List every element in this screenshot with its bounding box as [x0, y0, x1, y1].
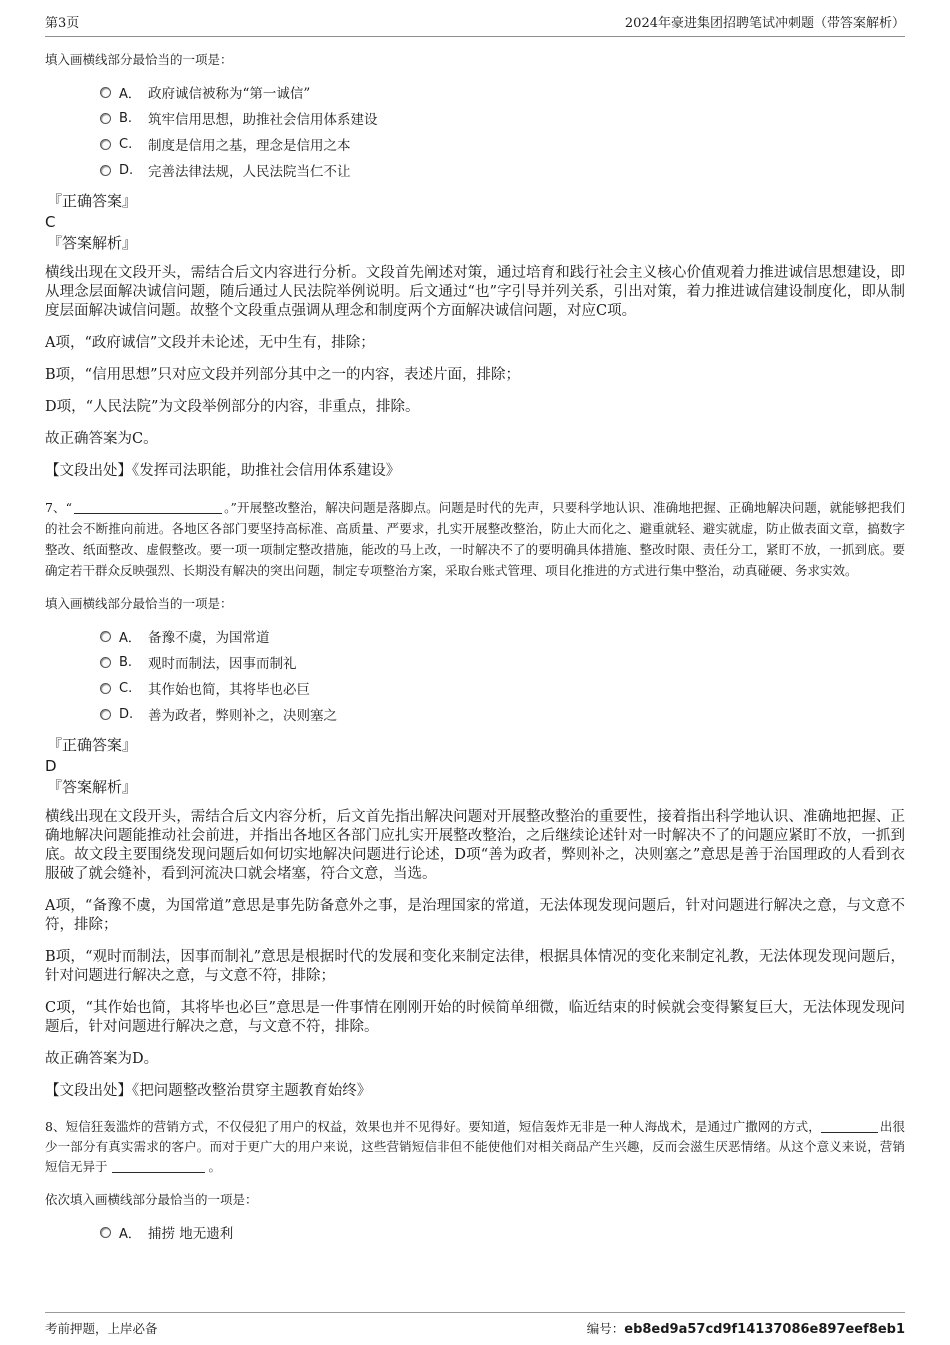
q7-option-b[interactable]: B. 观时而制法，因事而制礼	[100, 649, 905, 675]
option-letter: A．	[119, 83, 148, 102]
q7-options: A． 备豫不虞，为国常道 B. 观时而制法，因事而制礼 C. 其作始也简，其将毕…	[100, 623, 905, 727]
q7-analysis-main: 横线出现在文段开头，需结合后文内容分析，后文首先指出解决问题对开展整改整治的重要…	[45, 808, 905, 884]
q8-passage-tail: 。	[209, 1159, 222, 1174]
page-header: 第3页 2024年豪进集团招聘笔试冲刺题（带答案解析）	[45, 16, 905, 37]
footer-slogan: 考前押题，上岸必备	[45, 1319, 158, 1337]
q6-answer-block: 『正确答案』 C 『答案解析』	[45, 191, 905, 254]
q8-passage: 8、短信狂轰滥炸的营销方式，不仅侵犯了用户的权益，效果也并不见得好。要知道，短信…	[45, 1117, 905, 1177]
q6-correct-answer: C	[45, 212, 905, 233]
q6-option-a[interactable]: A． 政府诚信被称为“第一诚信”	[100, 79, 905, 105]
correct-answer-label: 『正确答案』	[45, 191, 905, 212]
option-text: 备豫不虞，为国常道	[148, 626, 270, 646]
page-number: 第3页	[45, 16, 79, 32]
document-page: 第3页 2024年豪进集团招聘笔试冲刺题（带答案解析） 填入画横线部分最恰当的一…	[0, 0, 950, 1245]
q7-option-d[interactable]: D. 善为政者，弊则补之，决则塞之	[100, 701, 905, 727]
analysis-label: 『答案解析』	[45, 777, 905, 798]
q6-option-d[interactable]: D. 完善法律法规，人民法院当仁不让	[100, 157, 905, 183]
q6-option-b[interactable]: B. 筑牢信用思想，助推社会信用体系建设	[100, 105, 905, 131]
option-text: 捕捞 地无遗利	[148, 1222, 233, 1242]
q7-correct-answer: D	[45, 756, 905, 777]
radio-icon[interactable]	[100, 709, 111, 720]
q7-passage-lead: 7、“	[45, 500, 72, 515]
footer-id-value: eb8ed9a57cd9f14137086e897eef8eb1	[624, 1322, 905, 1337]
footer-id: 编号：eb8ed9a57cd9f14137086e897eef8eb1	[587, 1319, 905, 1337]
q7-analysis-a: A项，“备豫不虞，为国常道”意思是事先防备意外之事，是治理国家的常道，无法体现发…	[45, 897, 905, 935]
q6-analysis-a: A项，“政府诚信”文段并未论述，无中生有，排除；	[45, 334, 905, 353]
analysis-label: 『答案解析』	[45, 233, 905, 254]
blank-underline	[821, 1120, 878, 1133]
option-text: 完善法律法规，人民法院当仁不让	[148, 160, 351, 180]
q6-conclusion: 故正确答案为C。	[45, 430, 905, 449]
q8-options: A． 捕捞 地无遗利	[100, 1219, 905, 1245]
option-letter: A．	[119, 627, 148, 646]
option-text: 制度是信用之基，理念是信用之本	[148, 134, 351, 154]
option-text: 观时而制法，因事而制礼	[148, 652, 297, 672]
q8-passage-lead: 8、短信狂轰滥炸的营销方式，不仅侵犯了用户的权益，效果也并不见得好。要知道，短信…	[45, 1119, 821, 1134]
option-letter: C.	[119, 681, 148, 696]
option-letter: D.	[119, 707, 148, 722]
option-text: 政府诚信被称为“第一诚信”	[148, 82, 310, 102]
q7-answer-block: 『正确答案』 D 『答案解析』	[45, 735, 905, 798]
blank-underline	[112, 1160, 205, 1173]
q8-option-a[interactable]: A． 捕捞 地无遗利	[100, 1219, 905, 1245]
q6-source: 【文段出处】《发挥司法职能，助推社会信用体系建设》	[45, 462, 905, 481]
option-letter: B.	[119, 655, 148, 670]
blank-underline	[74, 501, 222, 514]
option-text: 善为政者，弊则补之，决则塞之	[148, 704, 337, 724]
document-title: 2024年豪进集团招聘笔试冲刺题（带答案解析）	[625, 16, 905, 32]
option-text: 筑牢信用思想，助推社会信用体系建设	[148, 108, 378, 128]
option-letter: C.	[119, 137, 148, 152]
q7-option-c[interactable]: C. 其作始也简，其将毕也必巨	[100, 675, 905, 701]
option-letter: D.	[119, 163, 148, 178]
q7-analysis-c: C项，“其作始也简，其将毕也必巨”意思是一件事情在刚刚开始的时候简单细微，临近结…	[45, 999, 905, 1037]
radio-icon[interactable]	[100, 165, 111, 176]
q6-analysis-b: B项，“信用思想”只对应文段并列部分其中之一的内容，表述片面，排除；	[45, 366, 905, 385]
q7-conclusion: 故正确答案为D。	[45, 1050, 905, 1069]
radio-icon[interactable]	[100, 87, 111, 98]
radio-icon[interactable]	[100, 139, 111, 150]
q6-analysis-main: 横线出现在文段开头，需结合后文内容进行分析。文段首先阐述对策，通过培育和践行社会…	[45, 264, 905, 321]
q7-source: 【文段出处】《把问题整改整治贯穿主题教育始终》	[45, 1082, 905, 1101]
correct-answer-label: 『正确答案』	[45, 735, 905, 756]
radio-icon[interactable]	[100, 1227, 111, 1238]
option-letter: B.	[119, 111, 148, 126]
page-footer: 考前押题，上岸必备 编号：eb8ed9a57cd9f14137086e897ee…	[45, 1312, 905, 1337]
q6-prompt: 填入画横线部分最恰当的一项是：	[45, 51, 905, 68]
q7-analysis-b: B项，“观时而制法，因事而制礼”意思是根据时代的发展和变化来制定法律，根据具体情…	[45, 948, 905, 986]
radio-icon[interactable]	[100, 113, 111, 124]
option-letter: A．	[119, 1223, 148, 1242]
radio-icon[interactable]	[100, 683, 111, 694]
q7-option-a[interactable]: A． 备豫不虞，为国常道	[100, 623, 905, 649]
radio-icon[interactable]	[100, 631, 111, 642]
option-text: 其作始也简，其将毕也必巨	[148, 678, 310, 698]
q8-prompt: 依次填入画横线部分最恰当的一项是：	[45, 1191, 905, 1208]
q6-option-c[interactable]: C. 制度是信用之基，理念是信用之本	[100, 131, 905, 157]
q6-options: A． 政府诚信被称为“第一诚信” B. 筑牢信用思想，助推社会信用体系建设 C.…	[100, 79, 905, 183]
q6-analysis-d: D项，“人民法院”为文段举例部分的内容，非重点，排除。	[45, 398, 905, 417]
radio-icon[interactable]	[100, 657, 111, 668]
footer-id-label: 编号：	[587, 1321, 625, 1336]
q7-passage: 7、“。”开展整改整治，解决问题是落脚点。问题是时代的先声，只要科学地认识、准确…	[45, 497, 905, 581]
q7-prompt: 填入画横线部分最恰当的一项是：	[45, 595, 905, 612]
